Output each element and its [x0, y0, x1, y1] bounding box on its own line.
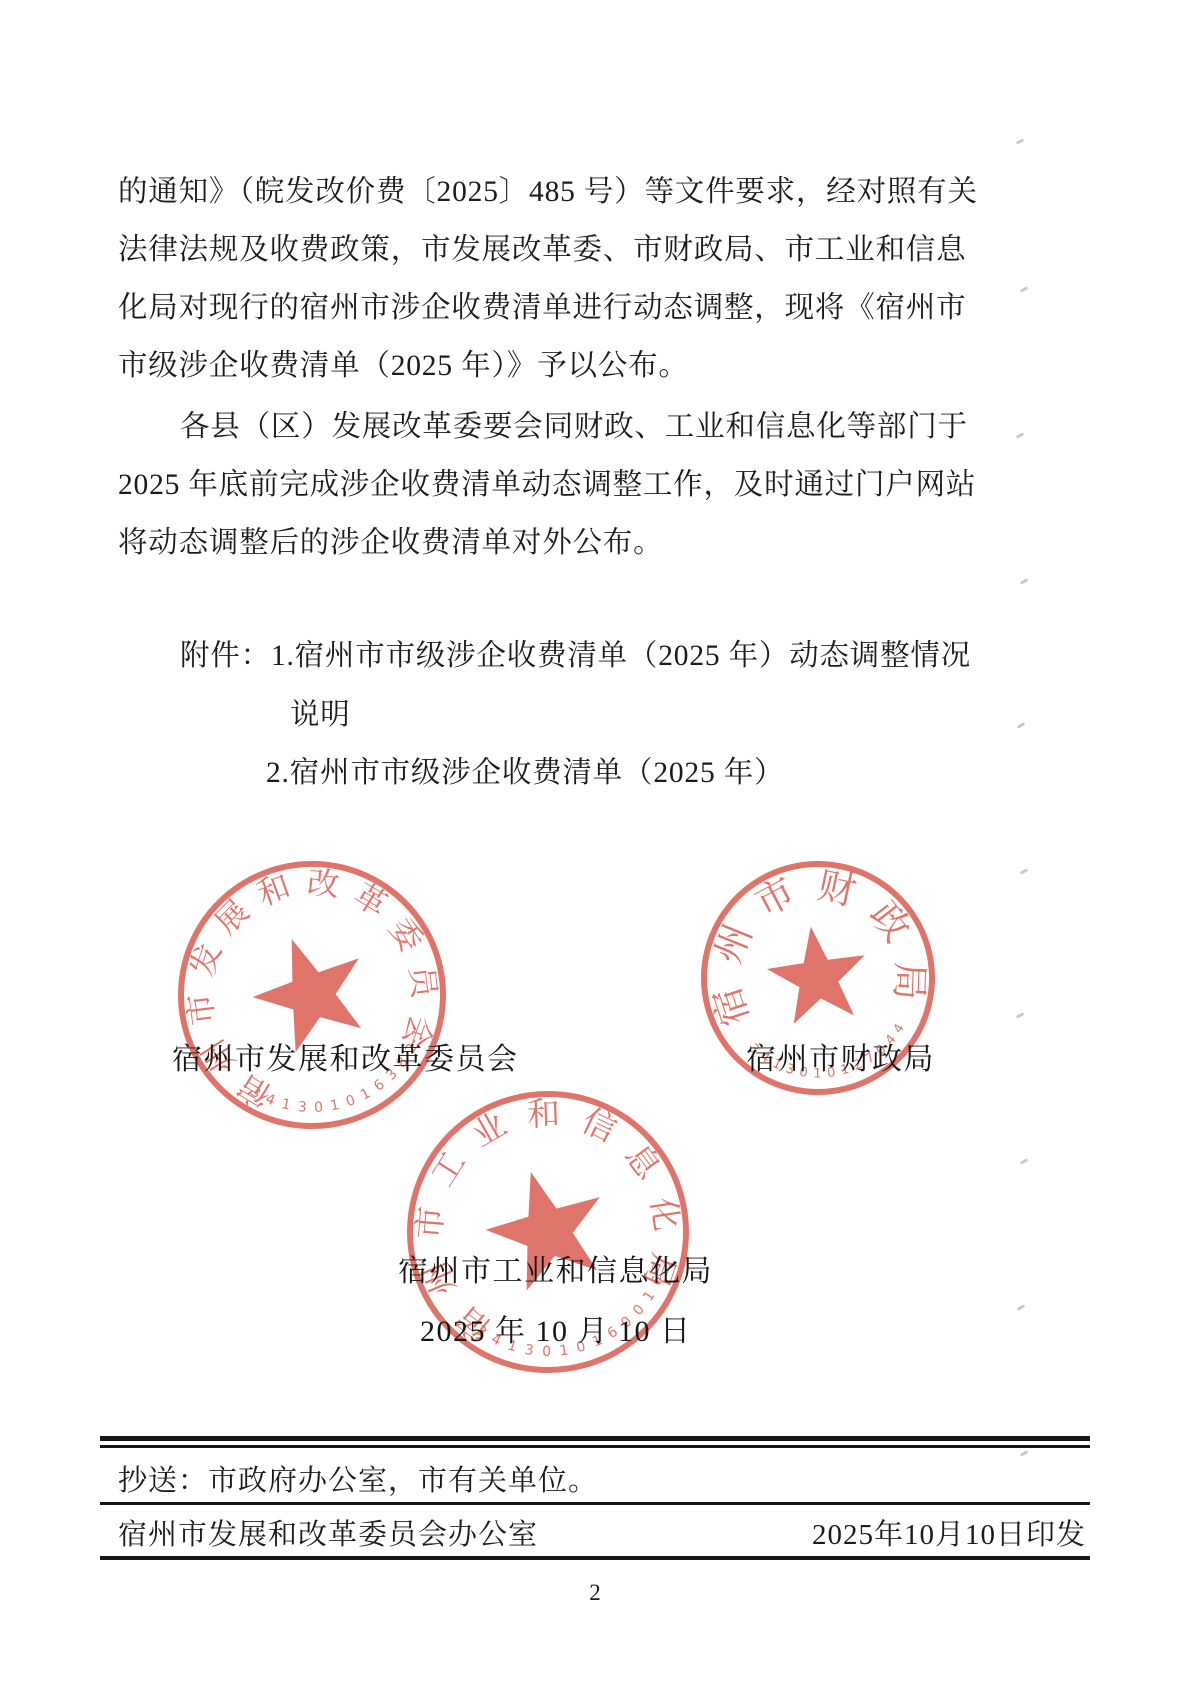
- svg-text:市: 市: [411, 1205, 451, 1241]
- document-page: 的通知》（皖发改价费〔2025〕485 号）等文件要求，经对照有关 法律法规及收…: [0, 0, 1190, 1683]
- page-number: 2: [0, 1580, 1190, 1606]
- scan-artifact: [1016, 138, 1024, 144]
- body-line: 将动态调整后的涉企收费清单对外公布。: [118, 523, 663, 563]
- signature-finance-bureau: 宿州市财政局: [746, 1034, 935, 1078]
- attachment-line: 2.宿州市市级涉企收费清单（2025 年）: [266, 753, 784, 793]
- signature-industry-information-bureau: 宿州市工业和信息化局: [398, 1246, 713, 1290]
- body-line: 市级涉企收费清单（2025 年）》予以公布。: [118, 346, 689, 386]
- svg-text:0: 0: [344, 1092, 358, 1110]
- footer-middle-rule: [100, 1502, 1090, 1505]
- footer-bottom-rule: [100, 1556, 1090, 1560]
- footer-issuing-office: 宿州市发展和改革委员会办公室: [118, 1512, 538, 1553]
- body-line: 化局对现行的宿州市涉企收费清单进行动态调整，现将《宿州市: [118, 288, 966, 328]
- svg-text:政: 政: [861, 894, 918, 950]
- scan-artifact: [1020, 868, 1028, 874]
- scan-artifact: [1020, 578, 1028, 584]
- scan-artifact: [1017, 1304, 1025, 1310]
- body-line: 的通知》（皖发改价费〔2025〕485 号）等文件要求，经对照有关: [118, 172, 978, 212]
- svg-text:6: 6: [371, 1077, 388, 1095]
- body-line: 2025 年底前完成涉企收费清单动态调整工作，及时通过门户网站: [118, 465, 976, 505]
- svg-text:1: 1: [358, 1085, 373, 1103]
- scan-artifact: [1020, 286, 1028, 292]
- scan-artifact: [1020, 1158, 1028, 1164]
- attachment-line: 说明: [290, 695, 351, 735]
- svg-text:委: 委: [382, 912, 430, 958]
- svg-text:局: 局: [887, 961, 930, 1000]
- svg-text:革: 革: [348, 876, 394, 923]
- body-line: 各县（区）发展改革委要会同财政、工业和信息化等部门于: [180, 407, 968, 447]
- svg-text:改: 改: [306, 864, 341, 903]
- svg-text:0: 0: [314, 1100, 324, 1116]
- body-line: 法律法规及收费政策，市发展改革委、市财政局、市工业和信息: [118, 230, 966, 270]
- svg-text:1: 1: [280, 1096, 292, 1114]
- svg-text:化: 化: [643, 1195, 684, 1233]
- svg-text:1: 1: [329, 1097, 341, 1114]
- attachment-line: 附件：1.宿州市市级涉企收费清单（2025 年）动态调整情况: [180, 636, 971, 676]
- footer-double-rule-bottom: [100, 1445, 1090, 1448]
- svg-text:展: 展: [208, 893, 256, 941]
- scan-artifact: [1020, 1450, 1028, 1456]
- svg-text:财: 财: [814, 865, 860, 914]
- svg-text:3: 3: [297, 1099, 307, 1116]
- signature-development-reform-commission: 宿州市发展和改革委员会: [172, 1034, 519, 1078]
- svg-text:市: 市: [181, 991, 221, 1027]
- signature-date: 2025 年 10 月 10 日: [420, 1306, 692, 1350]
- svg-text:1: 1: [640, 1288, 658, 1304]
- scan-artifact: [1016, 1012, 1024, 1018]
- svg-text:和: 和: [527, 1096, 561, 1134]
- footer-double-rule-top: [100, 1436, 1090, 1441]
- svg-text:息: 息: [618, 1138, 668, 1187]
- footer-copy-line: 抄送：市政府办公室，市有关单位。: [118, 1458, 598, 1499]
- scan-artifact: [1016, 432, 1024, 438]
- scan-artifact: [1017, 722, 1025, 728]
- svg-text:员: 员: [403, 964, 443, 1002]
- footer-print-date: 2025年10月10日印发: [812, 1512, 1086, 1553]
